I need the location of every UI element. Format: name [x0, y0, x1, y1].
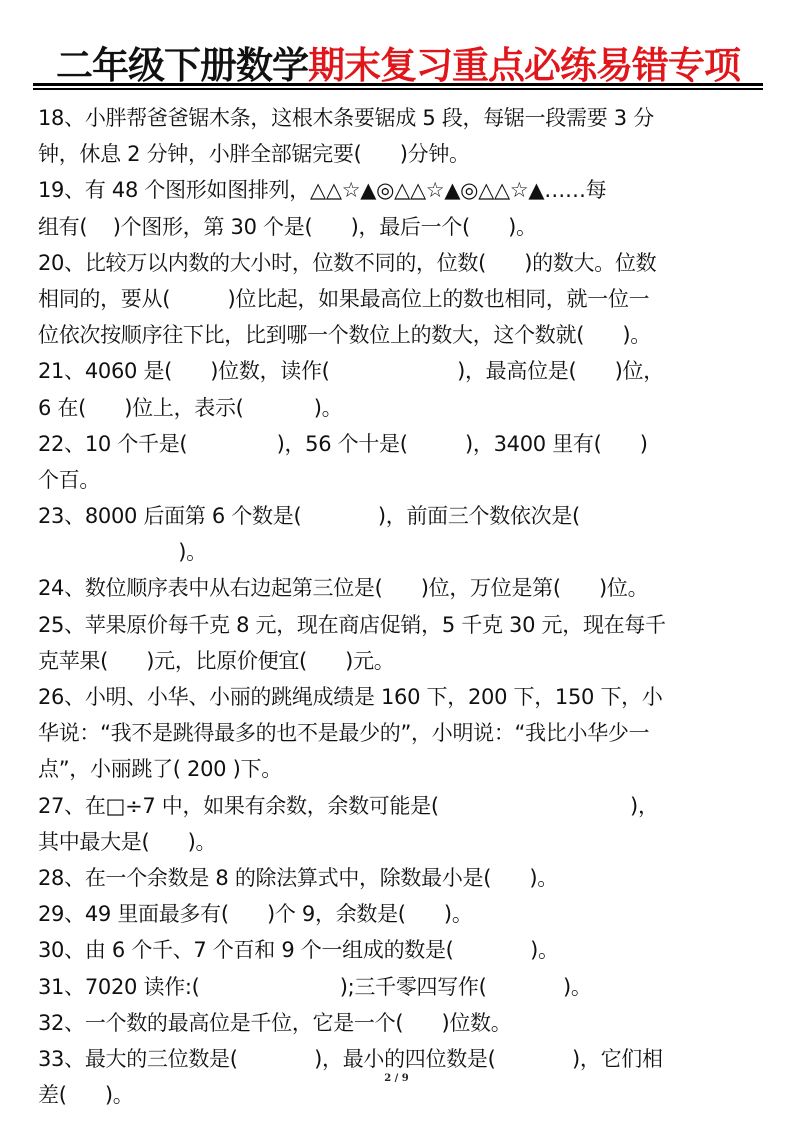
- question-21-line-1: 21、4060 是( )位数，读作( )，最高位是( )位，: [38, 353, 760, 389]
- question-26-line-3: 点”，小丽跳了( 200 )下。: [38, 751, 760, 787]
- title-black-part: 二年级下册数学: [56, 44, 308, 87]
- question-18-line-2: 钟，休息 2 分钟，小胖全部锯完要( )分钟。: [38, 136, 760, 172]
- question-23-line-2: )。: [38, 534, 760, 570]
- title-red-part: 期末复习重点必练易错专项: [308, 44, 740, 87]
- title-underline-thin: [33, 88, 763, 90]
- question-28-line-1: 28、在一个余数是 8 的除法算式中，除数最小是( )。: [38, 860, 760, 896]
- question-18-line-1: 18、小胖帮爸爸锯木条，这根木条要锯成 5 段，每锯一段需要 3 分: [38, 100, 760, 136]
- question-27-line-1: 27、在□÷7 中，如果有余数，余数可能是( )，: [38, 788, 760, 824]
- question-29-line-1: 29、49 里面最多有( )个 9，余数是( )。: [38, 896, 760, 932]
- question-32-line-1: 32、一个数的最高位是千位，它是一个( )位数。: [38, 1005, 760, 1041]
- question-24-line-1: 24、数位顺序表中从右边起第三位是( )位，万位是第( )位。: [38, 570, 760, 606]
- question-26-line-1: 26、小明、小华、小丽的跳绳成绩是 160 下，200 下，150 下，小: [38, 679, 760, 715]
- title-underline-thick: [33, 83, 763, 86]
- question-33-line-1: 33、最大的三位数是( )，最小的四位数是( )，它们相: [38, 1041, 760, 1077]
- question-22-line-2: 个百。: [38, 462, 760, 498]
- question-23-line-1: 23、8000 后面第 6 个数是( )，前面三个数依次是(: [38, 498, 760, 534]
- question-20-line-1: 20、比较万以内数的大小时，位数不同的，位数( )的数大。位数: [38, 245, 760, 281]
- question-20-line-3: 位依次按顺序往下比，比到哪一个数位上的数大，这个数就( )。: [38, 317, 760, 353]
- question-25-line-2: 克苹果( )元，比原价便宜( )元。: [38, 643, 760, 679]
- question-19-line-2: 组有( )个图形，第 30 个是( )，最后一个( )。: [38, 209, 760, 245]
- page-number: 2 / 9: [0, 1073, 793, 1084]
- question-31-line-1: 31、7020 读作:( );三千零四写作( )。: [38, 969, 760, 1005]
- question-19-line-1: 19、有 48 个图形如图排列，△△☆▲◎△△☆▲◎△△☆▲……每: [38, 172, 760, 208]
- question-22-line-1: 22、10 个千是( )，56 个十是( )，3400 里有( ): [38, 426, 760, 462]
- question-26-line-2: 华说：“我不是跳得最多的也不是最少的”，小明说：“我比小华少一: [38, 715, 760, 751]
- question-30-line-1: 30、由 6 个千、7 个百和 9 个一组成的数是( )。: [38, 932, 760, 968]
- question-20-line-2: 相同的，要从( )位比起，如果最高位上的数也相同，就一位一: [38, 281, 760, 317]
- question-27-line-2: 其中最大是( )。: [38, 824, 760, 860]
- question-21-line-2: 6 在( )位上，表示( )。: [38, 390, 760, 426]
- question-list: 18、小胖帮爸爸锯木条，这根木条要锯成 5 段，每锯一段需要 3 分 钟，休息 …: [38, 100, 760, 1113]
- document-title: 二年级下册数学期末复习重点必练易错专项: [33, 44, 763, 88]
- question-25-line-1: 25、苹果原价每千克 8 元，现在商店促销，5 千克 30 元，现在每千: [38, 607, 760, 643]
